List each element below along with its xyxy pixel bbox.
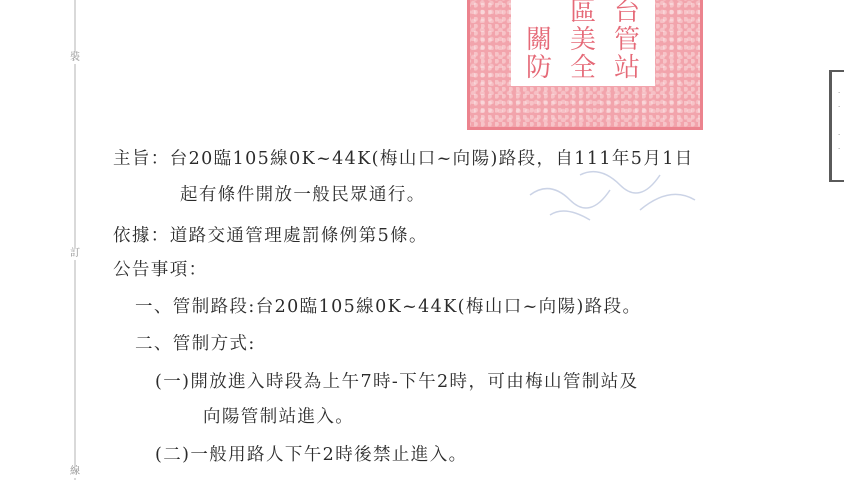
official-seal-stamp: 關 防 區 美 全 台 管 站	[467, 0, 703, 130]
bracket-tick-marks: ····	[838, 86, 844, 156]
seal-char: 台	[614, 0, 640, 26]
seal-char: 美	[570, 26, 596, 54]
seal-char: 防	[526, 54, 552, 82]
basis-label: 依據：	[113, 226, 170, 246]
notice-item-1: 一、管制路段:台20臨105線0K~44K(梅山口~向陽)路段。	[135, 296, 641, 318]
notice-heading: 公告事項：	[113, 259, 208, 281]
notice-subitem-2-label: (二)	[155, 445, 190, 465]
seal-column-1: 關 防	[517, 0, 561, 86]
binding-margin-line	[74, 0, 76, 480]
subject-text-2: 起有條件開放一般民眾通行。	[180, 184, 426, 206]
seal-column-2: 區 美 全	[561, 0, 605, 86]
seal-inner-field: 關 防 區 美 全 台 管 站	[511, 0, 655, 86]
seal-column-3: 台 管 站	[605, 0, 649, 86]
basis-line: 依據：道路交通管理處罰條例第5條。	[113, 225, 428, 247]
seal-char: 管	[614, 26, 640, 54]
subject-label: 主旨：	[113, 149, 170, 169]
margin-label-bind: 裝	[68, 52, 82, 64]
notice-item-1-text: 台20臨105線0K~44K(梅山口~向陽)路段。	[256, 297, 642, 317]
notice-item-2-label: 二、管制方式:	[135, 333, 256, 355]
notice-subitem-1-text-2: 向陽管制站進入。	[203, 406, 354, 428]
seal-char: 關	[526, 26, 552, 54]
seal-char: 區	[570, 0, 596, 26]
notice-subitem-1-label: (一)	[155, 372, 190, 392]
basis-text: 道路交通管理處罰條例第5條。	[170, 226, 428, 246]
notice-subitem-1-text-1: 開放進入時段為上午7時-下午2時，可由梅山管制站及	[190, 372, 638, 392]
seal-char: 全	[570, 54, 596, 82]
notice-item-1-label: 一、管制路段:	[135, 297, 256, 317]
notice-subitem-2: (二)一般用路人下午2時後禁止進入。	[155, 444, 468, 466]
subject-line-1: 主旨：台20臨105線0K~44K(梅山口~向陽)路段，自111年5月1日	[113, 148, 694, 170]
margin-label-staple: 訂	[68, 248, 82, 260]
margin-label-line: 線	[68, 466, 82, 478]
seal-char: 站	[614, 54, 640, 82]
subject-text-1: 台20臨105線0K~44K(梅山口~向陽)路段，自111年5月1日	[170, 149, 694, 169]
notice-subitem-1: (一)開放進入時段為上午7時-下午2時，可由梅山管制站及	[155, 371, 639, 393]
notice-subitem-2-text: 一般用路人下午2時後禁止進入。	[190, 445, 467, 465]
